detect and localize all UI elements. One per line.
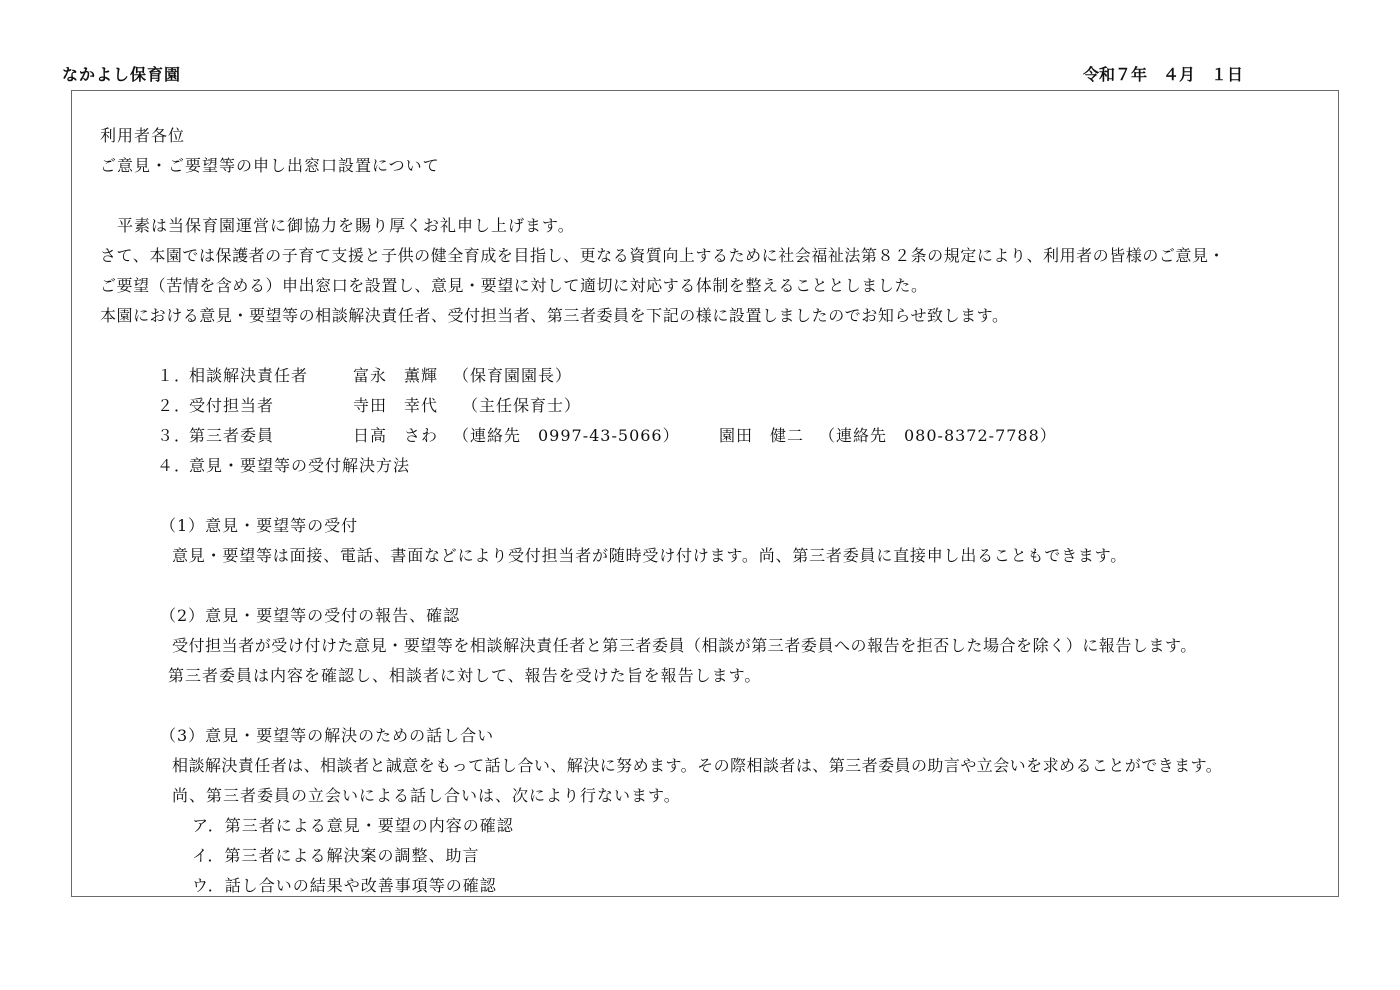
role-person: 寺田 幸代 [353, 394, 438, 418]
section-heading: （3）意見・要望等の解決のための話し合い [160, 724, 494, 748]
organization-name: なかよし保育園 [62, 63, 181, 87]
section-body: 相談解決責任者は、相談者と誠意をもって話し合い、解決に努めます。その際相談者は、… [172, 754, 1222, 778]
role-title: 意見・要望等の受付解決方法 [189, 454, 410, 478]
role-note: （主任保育士） [453, 394, 581, 418]
role-person: 富永 薫輝 [353, 364, 438, 388]
role-person-2: 園田 健二 [719, 424, 804, 448]
section-heading: （1）意見・要望等の受付 [160, 514, 358, 538]
role-person: 日高 さわ [353, 424, 438, 448]
role-row-1: １． 相談解決責任者 富永 薫輝 （保育園園長） [157, 364, 1257, 388]
role-contact: （連絡先 0997-43-5066） [453, 424, 680, 448]
intro-line: さて、本園では保護者の子育て支援と子供の健全育成を目指し、更なる資質向上するため… [100, 244, 1225, 268]
role-title: 第三者委員 [189, 424, 274, 448]
addressee: 利用者各位 [100, 124, 185, 148]
intro-line: 平素は当保育園運営に御協力を賜り厚くお礼申し上げます。 [100, 214, 575, 238]
sub-item: イ．第三者による解決案の調整、助言 [192, 844, 480, 868]
role-number: １． [157, 364, 191, 388]
section-body: 受付担当者が受け付けた意見・要望等を相談解決責任者と第三者委員（相談が第三者委員… [172, 634, 1197, 658]
role-title: 相談解決責任者 [189, 364, 308, 388]
role-number: ３． [157, 424, 191, 448]
intro-line: ご要望（苦情を含める）申出窓口を設置し、意見・要望に対して適切に対応する体制を整… [100, 274, 928, 298]
role-row-3: ３． 第三者委員 日高 さわ （連絡先 0997-43-5066） 園田 健二 … [157, 424, 1257, 448]
role-contact-2: （連絡先 080-8372-7788） [819, 424, 1057, 448]
section-body: 意見・要望等は面接、電話、書面などにより受付担当者が随時受け付けます。尚、第三者… [172, 544, 1127, 568]
sub-item: ウ．話し合いの結果や改善事項等の確認 [192, 874, 497, 898]
role-note: （保育園園長） [453, 364, 572, 388]
role-row-2: ２． 受付担当者 寺田 幸代 （主任保育士） [157, 394, 1257, 418]
section-body: 尚、第三者委員の立会いによる話し合いは、次により行ないます。 [172, 784, 681, 808]
sub-item: ア．第三者による意見・要望の内容の確認 [192, 814, 514, 838]
role-title: 受付担当者 [189, 394, 274, 418]
role-number: ２． [157, 394, 191, 418]
role-row-4: ４． 意見・要望等の受付解決方法 [157, 454, 1257, 478]
section-body: 第三者委員は内容を確認し、相談者に対して、報告を受けた旨を報告します。 [168, 664, 761, 688]
role-number: ４． [157, 454, 191, 478]
intro-line: 本園における意見・要望等の相談解決責任者、受付担当者、第三者委員を下記の様に設置… [100, 304, 1009, 328]
section-heading: （2）意見・要望等の受付の報告、確認 [160, 604, 460, 628]
document-date: 令和７年 ４月 １日 [1083, 63, 1243, 87]
notice-title: ご意見・ご要望等の申し出窓口設置について [100, 154, 440, 178]
